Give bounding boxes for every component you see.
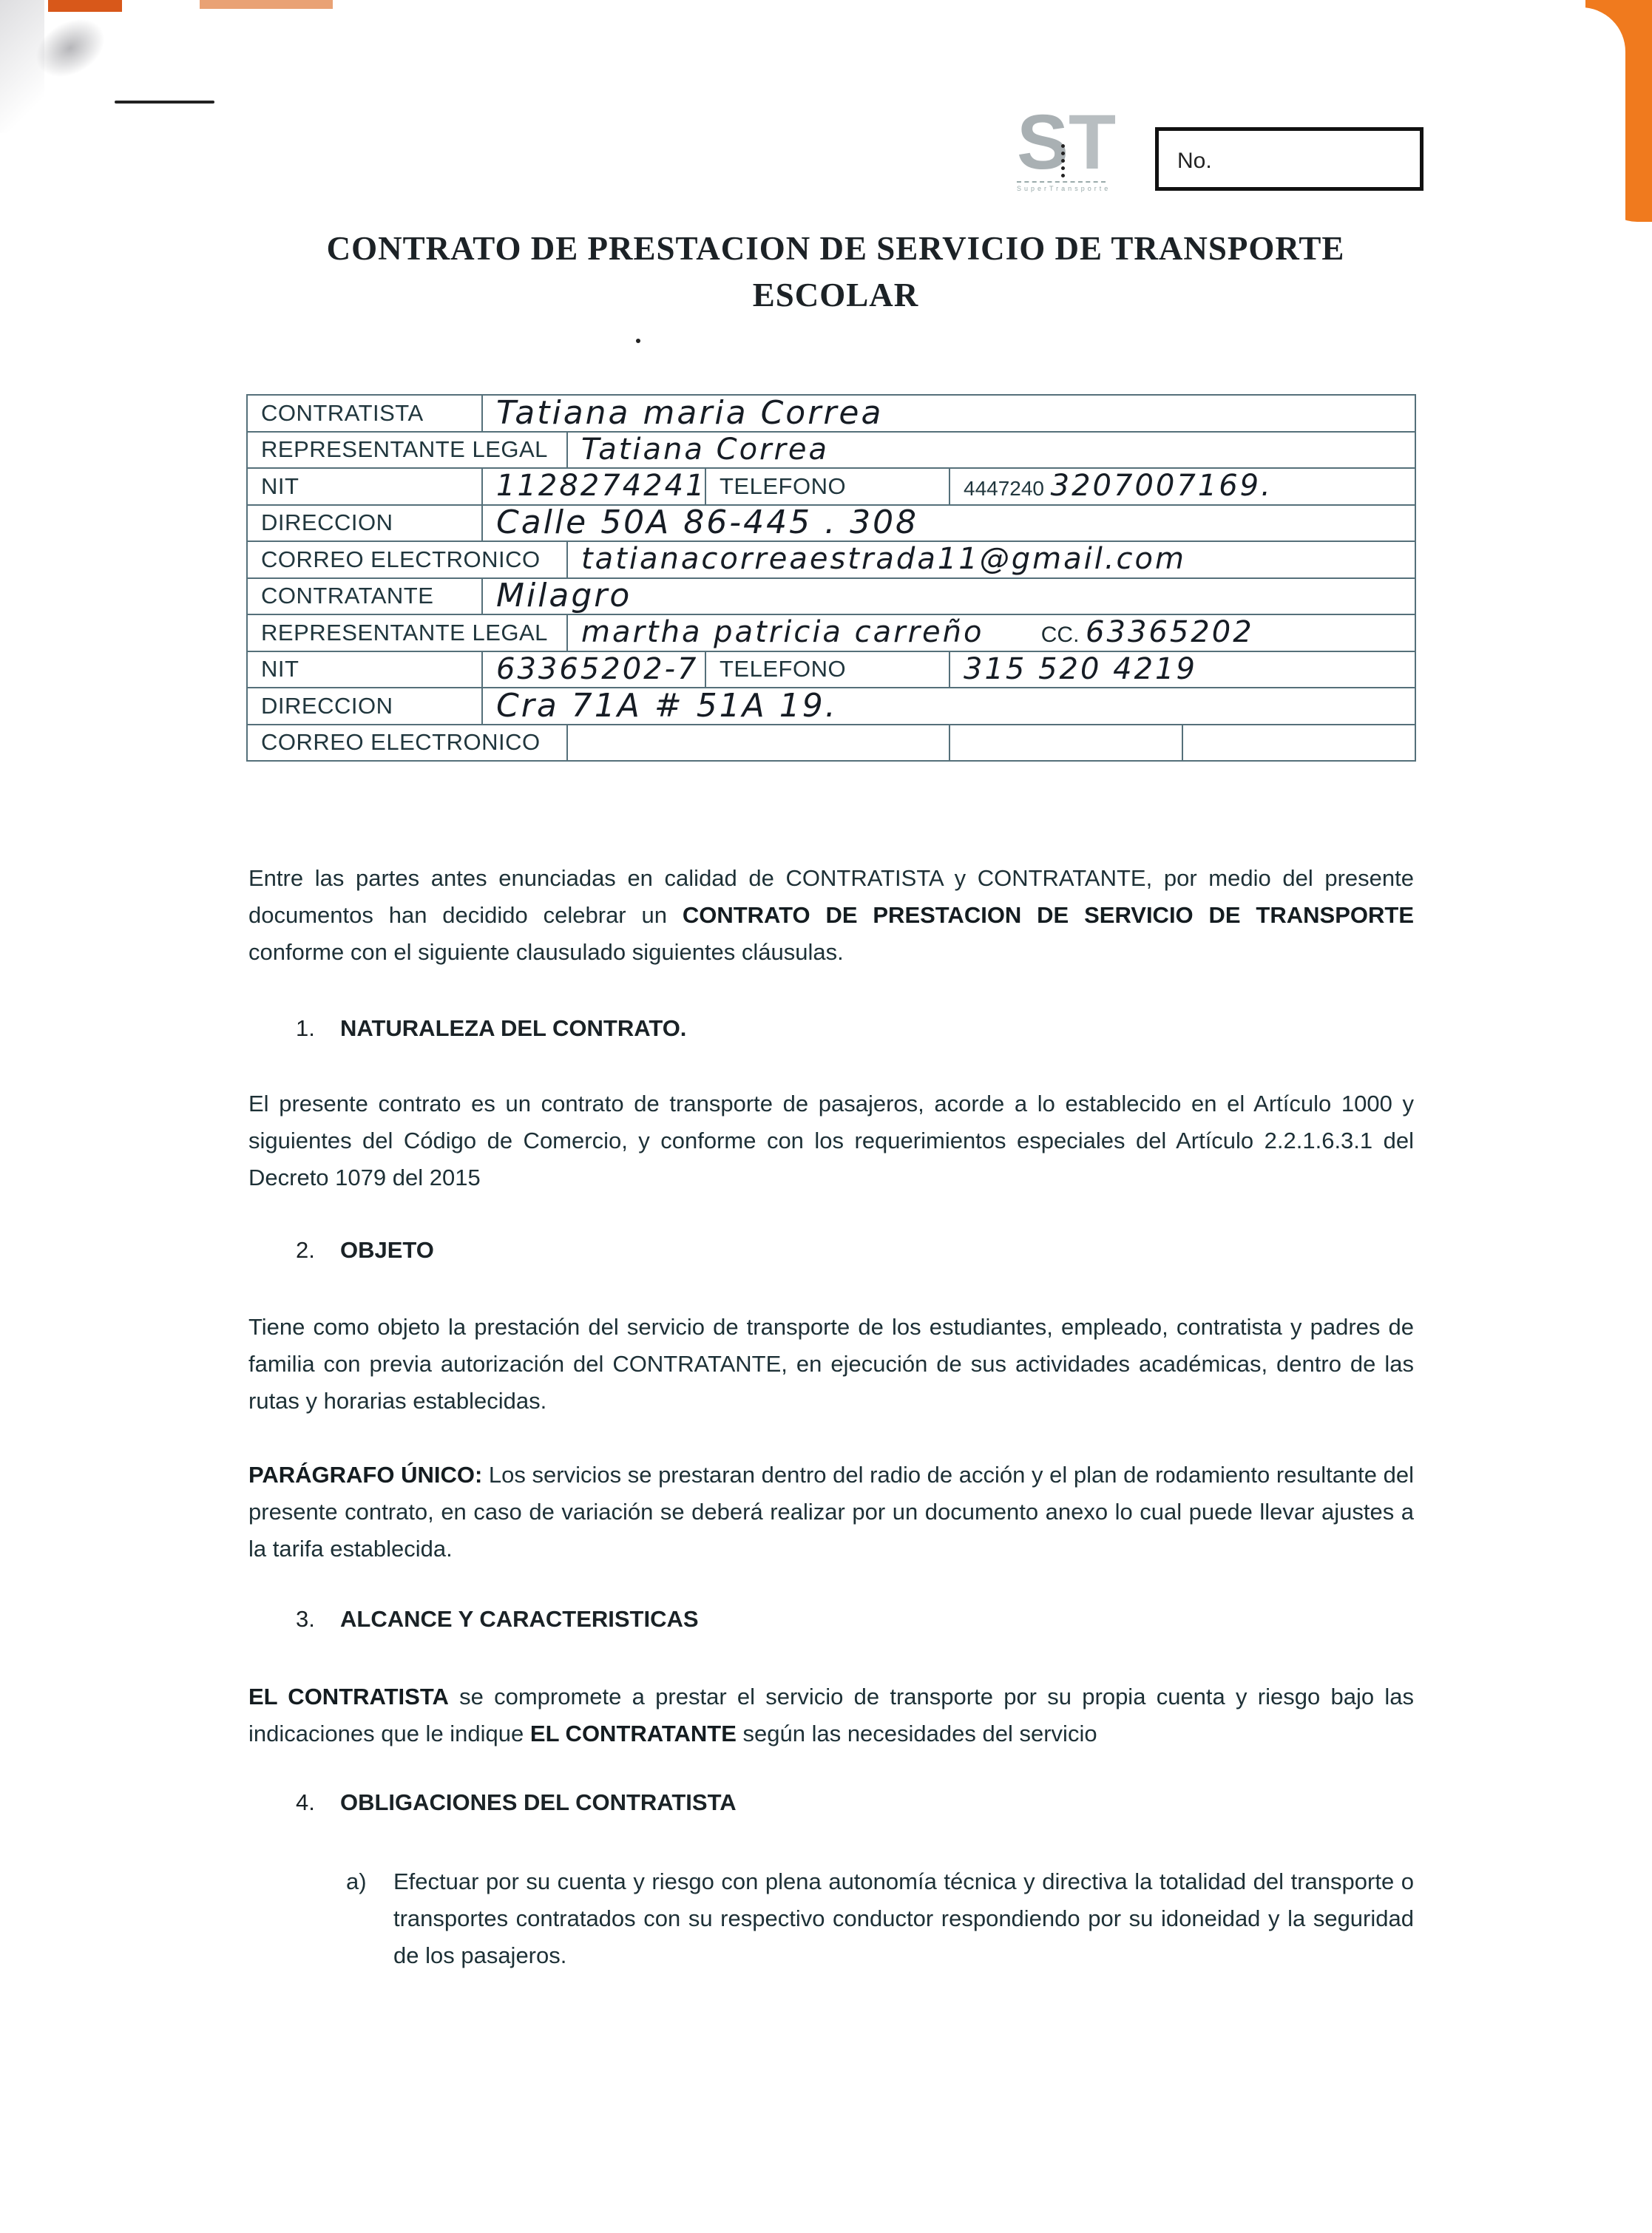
contract-number-label: No. [1177, 149, 1212, 174]
contratante-nit-label: NIT [247, 651, 482, 688]
contratista-direccion-label: DIRECCION [247, 505, 482, 542]
logo-letter-t: T [1069, 104, 1116, 181]
contratista-phone-label: TELEFONO [705, 468, 949, 505]
table-row: NIT 63365202-7 TELEFONO 315 520 4219 [247, 651, 1415, 688]
section-number: 4. [296, 1789, 340, 1816]
section-title: ALCANCE Y CARACTERISTICAS [340, 1606, 699, 1632]
section-number: 2. [296, 1237, 340, 1264]
contratante-nit-field[interactable]: 63365202-7 [482, 651, 705, 688]
table-row: REPRESENTANTE LEGAL martha patricia carr… [247, 614, 1415, 651]
contratista-value: Tatiana maria Correa [496, 394, 883, 432]
contratista-phone-handwritten: 3207007169. [1051, 469, 1273, 503]
contratista-direccion-value: Calle 50A 86-445 . 308 [496, 504, 918, 541]
section-number: 1. [296, 1015, 340, 1042]
intro-text-bold: CONTRATO DE PRESTACION DE SERVICIO DE TR… [683, 902, 1414, 928]
section-heading-1: 1.NATURALEZA DEL CONTRATO. [296, 1015, 686, 1042]
document-title: CONTRATO DE PRESTACION DE SERVICIO DE TR… [244, 226, 1427, 319]
contratista-correo-value: tatianacorreaestrada11@gmail.com [581, 542, 1186, 576]
contratista-phone-field[interactable]: 4447240 3207007169. [949, 468, 1415, 505]
contratante-rep-legal-label: REPRESENTANTE LEGAL [247, 614, 567, 651]
title-line-1: CONTRATO DE PRESTACION DE SERVICIO DE TR… [244, 226, 1427, 272]
table-row: DIRECCION Calle 50A 86-445 . 308 [247, 505, 1415, 542]
contratante-value: Milagro [496, 577, 632, 614]
ink-dot [636, 339, 640, 343]
section-2-paragraph: PARÁGRAFO ÚNICO: Los servicios se presta… [248, 1457, 1414, 1568]
table-row: NIT 1128274241 TELEFONO 4447240 32070071… [247, 468, 1415, 505]
logo-rule [1017, 181, 1106, 183]
section-2-text: Tiene como objeto la prestación del serv… [248, 1309, 1414, 1420]
contratista-field[interactable]: Tatiana maria Correa [482, 395, 1415, 432]
contratante-label: CONTRATANTE [247, 578, 482, 615]
contratante-nit-value: 63365202-7 [496, 652, 698, 686]
table-row: CONTRATISTA Tatiana maria Correa [247, 395, 1415, 432]
contratante-correo-label: CORREO ELECTRONICO [247, 725, 567, 762]
contratante-correo-extra-2[interactable] [1182, 725, 1415, 762]
contratista-label: CONTRATISTA [247, 395, 482, 432]
section-heading-4: 4.OBLIGACIONES DEL CONTRATISTA [296, 1789, 737, 1816]
background-strip [200, 0, 333, 9]
contratante-correo-extra-1[interactable] [949, 725, 1182, 762]
section-title: OBLIGACIONES DEL CONTRATISTA [340, 1789, 737, 1815]
contratante-rep-legal-field[interactable]: martha patricia carreño CC. 63365202 [567, 614, 1415, 651]
contratista-correo-label: CORREO ELECTRONICO [247, 541, 567, 578]
table-row: REPRESENTANTE LEGAL Tatiana Correa [247, 432, 1415, 469]
section-number: 3. [296, 1606, 340, 1633]
intro-paragraph: Entre las partes antes enunciadas en cal… [248, 860, 1414, 971]
section-heading-3: 3.ALCANCE Y CARACTERISTICAS [296, 1606, 699, 1633]
contratista-nit-value: 1128274241 [496, 469, 707, 503]
contratante-phone-label: TELEFONO [705, 651, 949, 688]
section-3-text: EL CONTRATISTA se compromete a prestar e… [248, 1678, 1414, 1752]
logo-road-icon [1061, 144, 1069, 177]
contratante-direccion-value: Cra 71A # 51A 19. [496, 687, 838, 725]
supertransporte-logo: S T SuperTransporte [1017, 104, 1146, 192]
background-strip [48, 0, 122, 12]
contratista-rep-legal-value: Tatiana Correa [581, 433, 829, 467]
cc-value: 63365202 [1086, 615, 1254, 649]
intro-text-b: conforme con el siguiente clausulado sig… [248, 939, 844, 965]
item-text: Efectuar por su cuenta y riesgo con plen… [393, 1868, 1414, 1968]
contratista-rep-legal-field[interactable]: Tatiana Correa [567, 432, 1415, 469]
contratista-nit-field[interactable]: 1128274241 [482, 468, 705, 505]
obligation-item: a) Efectuar por su cuenta y riesgo con p… [393, 1863, 1414, 1974]
contratista-rep-legal-label: REPRESENTANTE LEGAL [247, 432, 567, 469]
section-title: NATURALEZA DEL CONTRATO. [340, 1015, 686, 1041]
section-3-bold-b: EL CONTRATANTE [530, 1721, 737, 1746]
section-heading-2: 2.OBJETO [296, 1237, 434, 1264]
handwritten-dash [115, 101, 214, 104]
contratista-direccion-field[interactable]: Calle 50A 86-445 . 308 [482, 505, 1415, 542]
title-line-2: ESCOLAR [244, 272, 1427, 319]
contratante-correo-field[interactable] [567, 725, 949, 762]
section-1-text: El presente contrato es un contrato de t… [248, 1085, 1414, 1196]
item-marker: a) [346, 1863, 367, 1900]
contratante-phone-field[interactable]: 315 520 4219 [949, 651, 1415, 688]
table-row: CONTRATANTE Milagro [247, 578, 1415, 615]
cc-label: CC. [1041, 623, 1080, 647]
section-3-text-b: según las necesidades del servicio [737, 1721, 1097, 1746]
table-row: DIRECCION Cra 71A # 51A 19. [247, 688, 1415, 725]
contratante-direccion-field[interactable]: Cra 71A # 51A 19. [482, 688, 1415, 725]
contratista-correo-field[interactable]: tatianacorreaestrada11@gmail.com [567, 541, 1415, 578]
section-title: OBJETO [340, 1237, 434, 1263]
table-row: CORREO ELECTRONICO [247, 725, 1415, 762]
contratista-nit-label: NIT [247, 468, 482, 505]
paragraph-label: PARÁGRAFO ÚNICO: [248, 1462, 482, 1488]
page-corner [1574, 7, 1625, 244]
contratante-field[interactable]: Milagro [482, 578, 1415, 615]
parties-table: CONTRATISTA Tatiana maria Correa REPRESE… [246, 394, 1416, 762]
contratante-phone-value: 315 520 4219 [964, 652, 1197, 686]
section-3-bold-a: EL CONTRATISTA [248, 1684, 449, 1710]
contract-number-box[interactable]: No. [1155, 127, 1424, 191]
contratista-phone-printed: 4447240 [964, 477, 1044, 500]
table-row: CORREO ELECTRONICO tatianacorreaestrada1… [247, 541, 1415, 578]
contratante-rep-legal-value: martha patricia carreño [581, 615, 984, 649]
logo-subtitle: SuperTransporte [1017, 185, 1111, 192]
contratante-direccion-label: DIRECCION [247, 688, 482, 725]
